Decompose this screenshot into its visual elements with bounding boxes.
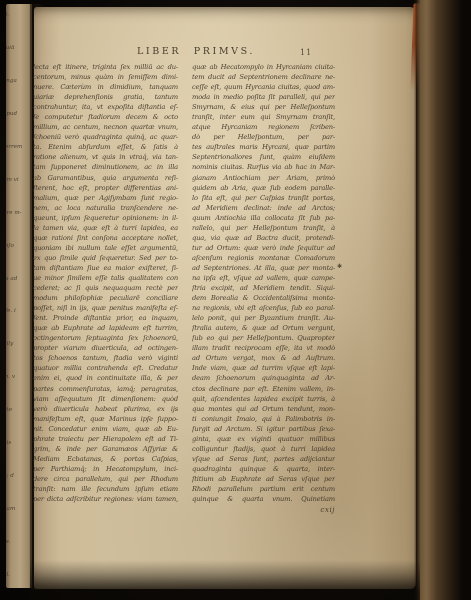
text-line: contrahuntur, ita, vt expoſita diſtantia… xyxy=(33,102,178,112)
left-text-column: lecta eſt itinere, triginta ſex milliū a… xyxy=(33,62,178,508)
text-line: ſe computetur ſtadiorum decem & octo xyxy=(33,112,178,122)
text-line: ſerrem xyxy=(6,144,22,150)
text-line: ceſſe eſt, quum Hyrcania ciuitas, quod a… xyxy=(192,82,335,92)
text-line: ad Ortum vergat, mox & ad Auſtrum. xyxy=(192,353,335,363)
folio-number: 11 xyxy=(300,48,312,57)
text-line: quæ rationi ſint conſona acceptare nolle… xyxy=(33,233,178,243)
facing-page-edge: B.ruiāengaapudſerremum vigre m-inſota ad… xyxy=(6,4,32,588)
text-line: na regionis, vbi eſt aſcenſus, ſub eo pa… xyxy=(192,303,335,313)
text-line: q́; d xyxy=(6,473,14,479)
text-line: ad Meridiem declinat: inde ad Arctos; xyxy=(192,203,335,213)
text-line: nis xyxy=(6,440,11,446)
text-line: nuere. Cæterùm in dimidium, tanquam xyxy=(33,82,178,92)
fore-edge xyxy=(414,0,471,600)
text-line: ſurgit ad Arctum. Si igitur partibus ſex… xyxy=(192,424,335,434)
text-line: tam ſupponeret diminutionem, ac in illa xyxy=(33,162,178,172)
text-line: B. xyxy=(6,12,9,18)
text-line: quæ ab Euphrate ad lapideam eſt turrim, xyxy=(33,323,178,333)
text-line: per dicta adſcribitur regiones: viam tam… xyxy=(33,494,178,504)
text-line: tranſit: nam ille ſecundum ipſum etiam xyxy=(33,484,178,494)
text-line: quum Antiochia illa collocata ſit ſub pa… xyxy=(192,213,335,223)
text-line: octingentorum ſeptuaginta ſex ſchoenorū, xyxy=(33,333,178,343)
text-line: gianam Antiochiam per Ariam, primò xyxy=(192,173,335,183)
page-bottom-shadow xyxy=(30,560,420,600)
text-line: illam tradit reciprocam eſſe, ita vt mod… xyxy=(192,343,335,353)
text-line: ta. Etenim abſurdum eſſet, & ſatis à xyxy=(33,142,178,152)
text-line: propter viarum diuerticula, ad octingen- xyxy=(33,343,178,353)
text-line: ol. xyxy=(6,572,10,578)
running-header: LIBER PRIMVS. xyxy=(96,46,296,57)
text-line: ctos declinare par eſt. Etenim vallem, i… xyxy=(192,384,335,394)
text-line: apud xyxy=(6,111,17,117)
text-line: Mediam Ecbatanas, & portas Caſpias, xyxy=(33,454,178,464)
text-line: quadraginta quinque & quarta, inter- xyxy=(192,464,335,474)
text-line: ex quo ſimile quid ſequeretur. Sed per t… xyxy=(33,253,178,263)
text-line: gre m- xyxy=(6,210,22,216)
text-line: enim ei, quod in continuitate illa, & pe… xyxy=(33,373,178,383)
text-line: moda in medio poſita ſit paralleli, qui … xyxy=(192,92,335,102)
text-line: quidem ab Aria, quæ ſub eodem paralle- xyxy=(192,183,335,193)
text-line: Rhodi parallelum partium erit centum xyxy=(192,484,335,494)
text-line: millium, ac centum, necnon quartæ vnum, xyxy=(33,122,178,132)
text-line: tur ad Ortum: quæ verò inde ſequitur ad xyxy=(192,243,335,253)
text-line: qua montes qui ad Ortum tendunt, mon- xyxy=(192,404,335,414)
text-line: tam diſtantiam ſiue ea maior exiſteret, … xyxy=(33,263,178,273)
text-line: Inde viam, quæ ad turrim vſque eſt lapi- xyxy=(192,363,335,373)
text-line: tos ſchoenos tantum, ſtadia verò viginti xyxy=(33,353,178,363)
text-line: ratione alienum, vt quis in vtraq́, via … xyxy=(33,152,178,162)
text-line: ſub eo qui per Helleſpontum. Quapropter xyxy=(192,333,335,343)
text-line: uam xyxy=(6,506,15,512)
text-line: lo ſita eſt, qui per Caſpias tranſit por… xyxy=(192,193,335,203)
text-line: atque Hyrcaniam regionem ſcriben- xyxy=(192,122,335,132)
text-line: rallelo, qui per Helleſpontum tranſit, à xyxy=(192,223,335,233)
text-line: partes commenſuratas, iamq́; peragratas, xyxy=(33,384,178,394)
text-line: deam ſchoenorum quinquaginta ad Ar- xyxy=(192,373,335,383)
text-line: la tamen via, quæ eſt à turri lapidea, e… xyxy=(33,223,178,233)
text-line: viam aſſequutum ſit dimenſionem: quòd xyxy=(33,394,178,404)
text-line: ſtralia autem, & quæ ad Ortum vergunt, xyxy=(192,323,335,333)
text-line: ue minor ſimilem eſſe talis qualitatem c… xyxy=(33,273,178,283)
text-line: lecta eſt itinere, triginta ſex milliū a… xyxy=(33,62,178,72)
text-line: quit, aſcendentes lapidea excipit turris… xyxy=(192,394,335,404)
text-line: inſo xyxy=(6,243,14,249)
text-line: ab Garamantibus, quia argumenta reſi- xyxy=(33,173,178,183)
text-line: tem ducit ad Septentrionem declinare ne- xyxy=(192,72,335,82)
text-line: ad Septentriones. At illa, quæ per monta… xyxy=(192,263,335,273)
text-line: ſchoeniū verò quadraginta quinq́, ac qua… xyxy=(33,132,178,142)
facing-page-fragments: B.ruiāengaapudſerremum vigre m-inſota ad… xyxy=(6,12,30,578)
text-line: ti coniungit Imaio, qui à Palimbotris in… xyxy=(192,414,335,424)
footnote-asterisk: ✱ xyxy=(337,263,342,270)
text-line: m. v xyxy=(6,374,15,380)
text-line: ſent. Proinde diſtantia prior, ea inquam… xyxy=(33,313,178,323)
text-line: tes auſtrales maris Hyrcani, quæ partim xyxy=(192,142,335,152)
text-line: centorum, minus quàm in ſemiſſem dimi- xyxy=(33,72,178,82)
text-line: ſſe. i xyxy=(6,308,16,314)
text-line: na ipſa eſt, vſque ad vallem, quæ campe- xyxy=(192,273,335,283)
text-line: uiariæ deprehenſionis gratia, tantum xyxy=(33,92,178,102)
text-line: vſque ad Seras ſunt, partes adijciantur xyxy=(192,454,335,464)
text-line: colliguntur ſtadijs, quot à turri lapide… xyxy=(192,444,335,454)
text-line: phrate traiectu per Hierapolem eſt ad Ti… xyxy=(33,434,178,444)
text-line: verò diuerticula habeat plurima, ex ijs xyxy=(33,404,178,414)
text-line: modum philoſophiæ peculiarē conciliare xyxy=(33,293,178,303)
text-line: ſterent, hoc eſt, propter differentias a… xyxy=(33,183,178,193)
text-line: tranſit, inter eum qui Smyrnam tranſit, xyxy=(192,112,335,122)
text-line: ſtria excipit, ad Meridiem tendit. Siqui… xyxy=(192,283,335,293)
text-line: dò per Helleſpontum, per par- xyxy=(192,132,335,142)
text-line: nem, ac loca naturalia tranſcendere ne- xyxy=(33,203,178,213)
text-line: queunt, ipſum ſequeretur opinionem: in i… xyxy=(33,213,178,223)
text-line: poſſet, niſi in ijs, quæ penitus manifeſ… xyxy=(33,303,178,313)
book-photograph: B.ruiāengaapudſerremum vigre m-inſota ad… xyxy=(0,0,471,600)
text-line: nominis ciuitas. Rurſus via ab hac in Ma… xyxy=(192,162,335,172)
text-line: um vi xyxy=(6,177,19,183)
text-line: ſtitium ab Euphrate ad Seras vſque per xyxy=(192,474,335,484)
text-line: lelo ponit, qui per Byzantium tranſit. A… xyxy=(192,313,335,323)
text-line: ginta, quæ ex viginti quatuor millibus xyxy=(192,434,335,444)
text-line: ute xyxy=(6,407,12,413)
text-line: qua, via quæ ad Bactra ducit, protendi- xyxy=(192,233,335,243)
signature-mark: cxij xyxy=(250,505,335,514)
text-line: grim, & inde per Garamæos Aſſyriæ & xyxy=(33,444,178,454)
text-line: ruiā xyxy=(6,45,14,51)
text-line: ta ad xyxy=(6,276,17,282)
text-line: quatuor millia contrahenda eſt. Credatur xyxy=(33,363,178,373)
text-line: aſcenſum regionis montanæ Comadorum xyxy=(192,253,335,263)
text-line: quinque & quarta vnum. Quinetiam xyxy=(192,494,335,504)
right-text-column: quæ ab Hecatompylo in Hyrcaniam ciuita-t… xyxy=(192,62,335,508)
text-line: per Parthiamq́; in Hecatompylum, inci- xyxy=(33,464,178,474)
text-line: dem Borealia & Occidentaliſsima monta- xyxy=(192,293,335,303)
text-line: Smyrnam, & eius qui per Helleſpontum xyxy=(192,102,335,112)
text-line: dere circa parallelum, qui per Rhodum xyxy=(33,474,178,484)
text-line: malium, quæ per Agiſymbam ſunt regio- xyxy=(33,193,178,203)
text-line: re. xyxy=(6,539,11,545)
text-line: quæ ab Hecatompylo in Hyrcaniam ciuita- xyxy=(192,62,335,72)
text-line: Septentrionaliores ſunt, quàm eiuſdem xyxy=(192,152,335,162)
text-line: quoniam ibi nullum tale eſſet argumentū, xyxy=(33,243,178,253)
text-line: hily xyxy=(6,341,13,347)
text-line: enga xyxy=(6,78,17,84)
text-line: cederet; ac ſi quis nequaquam rectè per xyxy=(33,283,178,293)
text-line: nit. Concedatur enim viam, quæ ab Eu- xyxy=(33,424,178,434)
text-line: manifeſtum eſt, quæ Marinus ipſe ſuppo- xyxy=(33,414,178,424)
